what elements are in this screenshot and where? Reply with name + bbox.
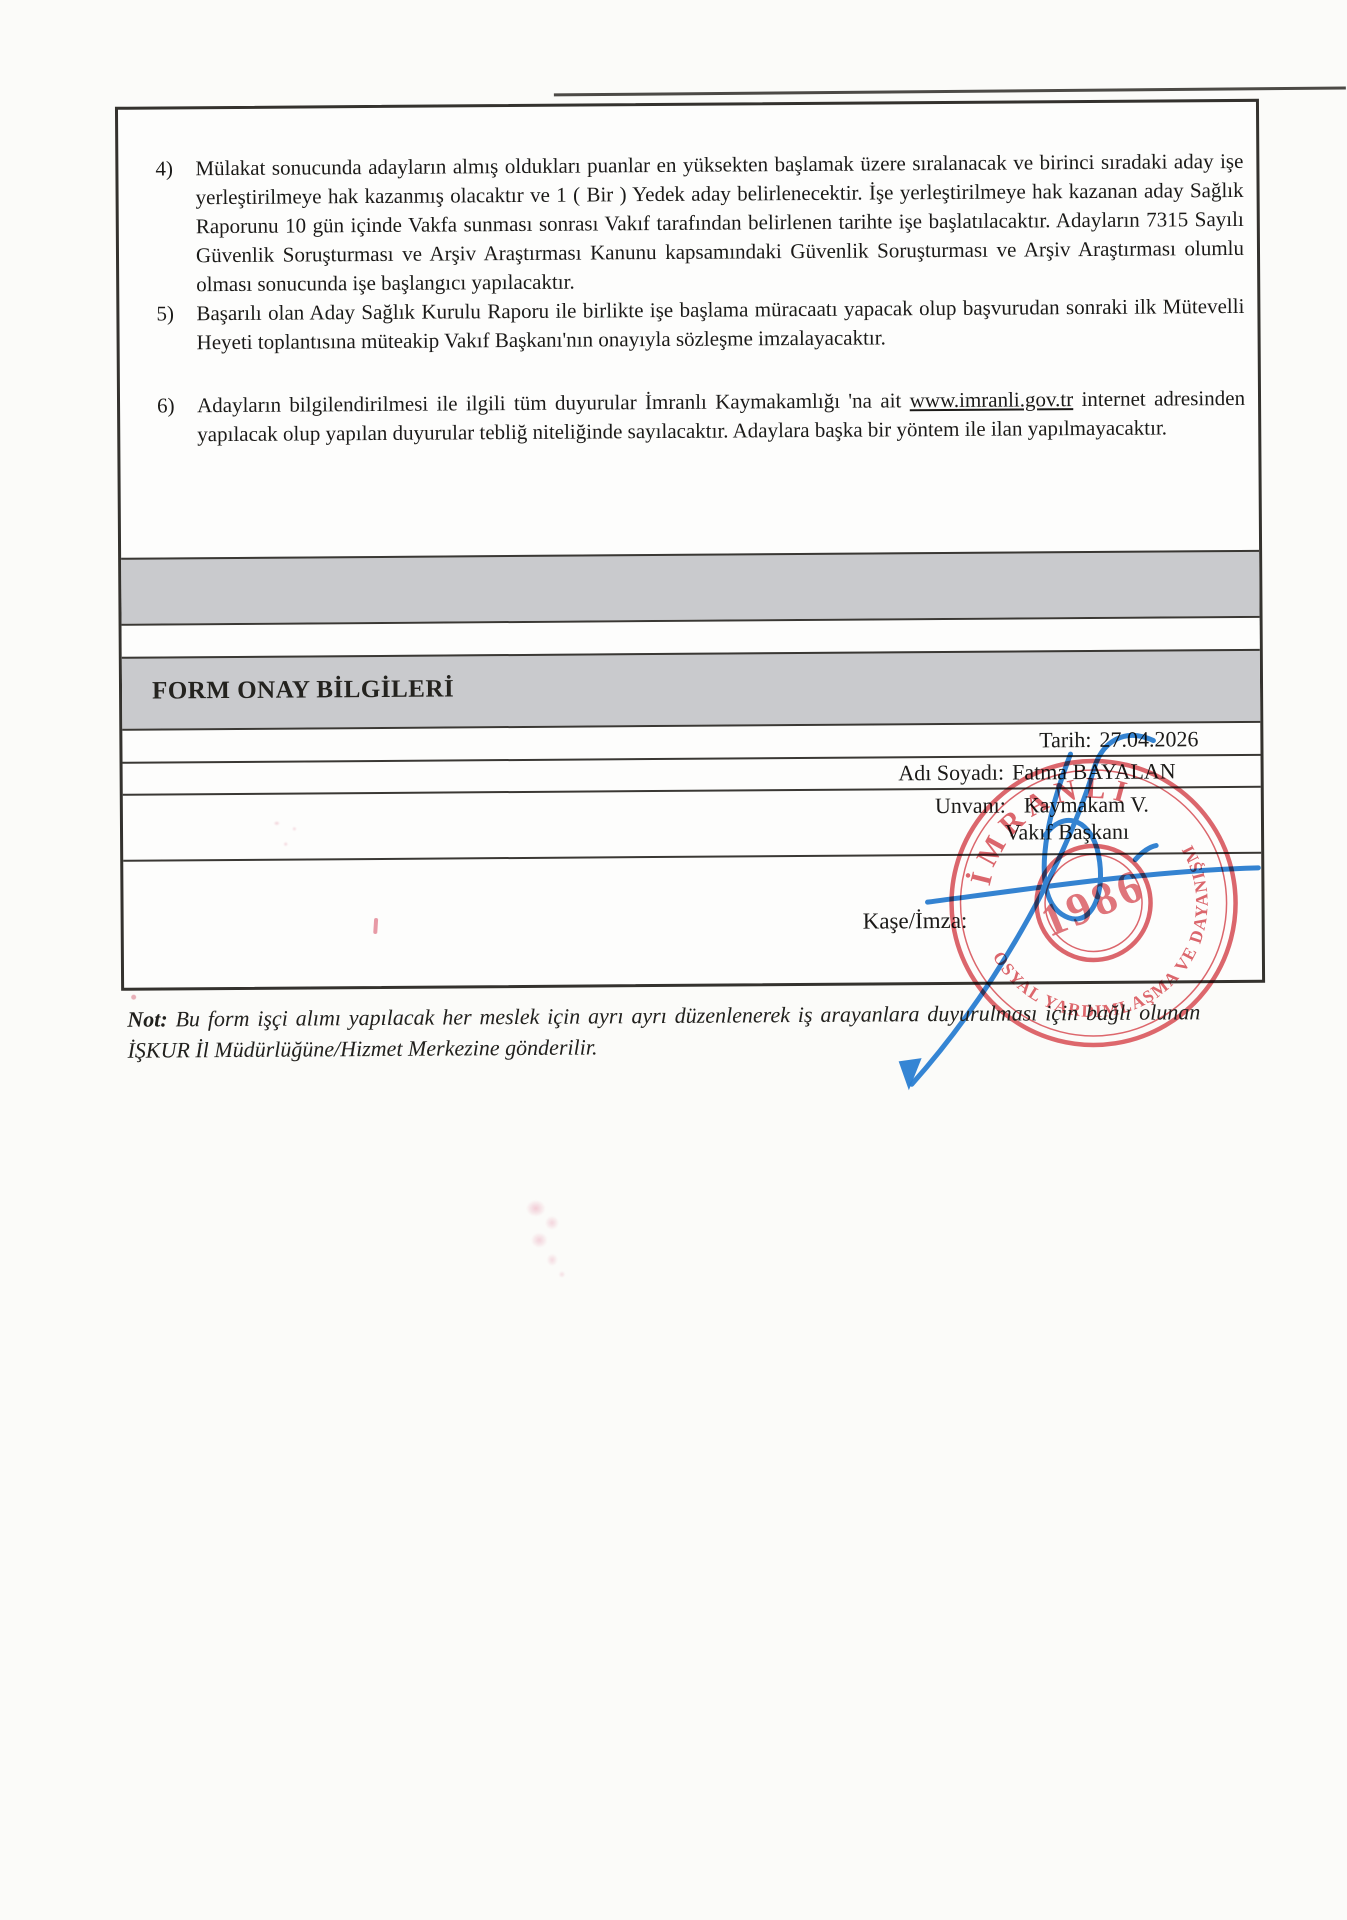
list-item-number: 5) bbox=[156, 299, 196, 357]
list-item-text: Adayların bilgilendirilmesi ile ilgili t… bbox=[197, 384, 1245, 449]
empty-gray-row bbox=[121, 550, 1259, 624]
note-label: Not: bbox=[127, 1006, 168, 1031]
note-text: Bu form işçi alımı yapılacak her meslek … bbox=[127, 999, 1200, 1062]
list-item-text: Mülakat sonucunda adayların almış oldukl… bbox=[195, 147, 1244, 299]
footer-note: Not: Bu form işçi alımı yapılacak her me… bbox=[127, 996, 1200, 1065]
list-item-number: 4) bbox=[155, 154, 196, 299]
list-item-4: 4) Mülakat sonucunda adayların almış old… bbox=[155, 147, 1244, 300]
document-sheet: 4) Mülakat sonucunda adayların almış old… bbox=[0, 0, 1347, 1920]
list-item-6: 6) Adayların bilgilendirilmesi ile ilgil… bbox=[157, 384, 1245, 450]
approval-section-title: FORM ONAY BİLGİLERİ bbox=[152, 675, 454, 704]
handwritten-signature bbox=[601, 626, 1305, 1191]
ink-speck bbox=[268, 815, 312, 853]
scan-edge-line bbox=[554, 87, 1346, 97]
website-link: www.imranli.gov.tr bbox=[910, 387, 1074, 412]
signature-horizontal-stroke bbox=[927, 868, 1258, 902]
numbered-list-section: 4) Mülakat sonucunda adayların almış old… bbox=[118, 102, 1259, 558]
signature-tick bbox=[1135, 846, 1156, 860]
scanned-document-page: { "doc": { "list": { "items": [ { "numbe… bbox=[0, 0, 1347, 1920]
list-item-number: 6) bbox=[157, 391, 197, 449]
list-item-5: 5) Başarılı olan Aday Sağlık Kurulu Rapo… bbox=[156, 292, 1244, 358]
pink-ink-smudge bbox=[517, 1193, 582, 1279]
text-before-link: Adayların bilgilendirilmesi ile ilgili t… bbox=[197, 388, 910, 417]
ink-speck bbox=[131, 995, 136, 1000]
list-item-text: Başarılı olan Aday Sağlık Kurulu Raporu … bbox=[196, 292, 1244, 357]
